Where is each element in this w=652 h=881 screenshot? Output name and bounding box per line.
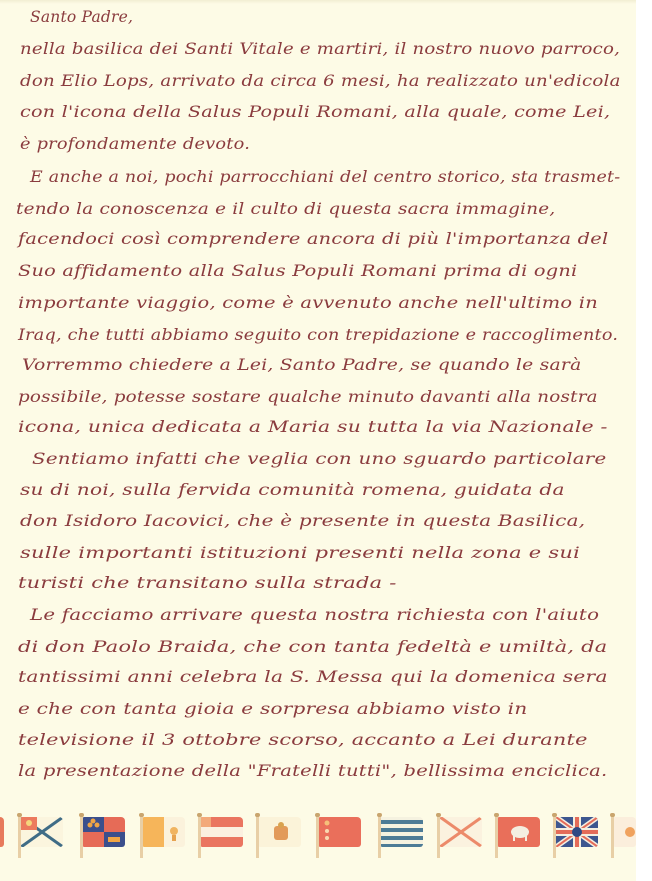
letter-page: Santo Padre, — [0, 0, 636, 881]
flags-border — [0, 810, 636, 860]
letter-line: Le facciamo arrivare questa nostra richi… — [30, 606, 599, 624]
letter-line: turisti che transitano sulla strada - — [18, 574, 397, 592]
letter-line: Iraq, che tutti abbiamo seguito con trep… — [18, 326, 618, 344]
letter-line: tantissimi anni celebra la S. Messa qui … — [18, 668, 608, 686]
letter-line: nella basilica dei Santi Vitale e martir… — [20, 40, 620, 58]
letter-line: Vorremmo chiedere a Lei, Santo Padre, se… — [22, 356, 581, 374]
coat-of-arms-flag-icon — [256, 814, 304, 860]
letter-line: importante viaggio, come è avvenuto anch… — [18, 294, 598, 312]
letter-line: su di noi, sulla fervida comunità romena… — [20, 481, 565, 499]
letter-line: con l'icona della Salus Populi Romani, a… — [20, 103, 610, 121]
letter-line: E anche a noi, pochi parrocchiani del ce… — [30, 168, 620, 186]
letter-line: la presentazione della "Fratelli tutti",… — [18, 762, 608, 780]
letter-salutation: Santo Padre, — [30, 8, 133, 26]
elephant-flag-icon — [495, 814, 543, 860]
papal-flag-icon — [140, 814, 188, 860]
letter-line: don Elio Lops, arrivato da circa 6 mesi,… — [20, 72, 621, 90]
letter-line: facendoci così comprendere ancora di più… — [18, 230, 608, 248]
sun-emblem-flag-icon — [611, 814, 652, 860]
letter-line: Sentiamo infatti che veglia con uno sgua… — [32, 450, 606, 468]
letter-line: è profondamente devoto. — [20, 135, 250, 153]
white-flag-blue-saltire-icon — [18, 814, 66, 860]
letter-line: possibile, potesse sostare qualche minut… — [18, 388, 598, 406]
letter-line: don Isidoro Iacovici, che è presente in … — [20, 512, 585, 530]
blue-white-striped-flag-icon — [378, 814, 426, 860]
letter-line: tendo la conoscenza e il culto di questa… — [16, 200, 555, 218]
letter-line: e che con tanta gioia e sorpresa abbiamo… — [18, 700, 527, 718]
letter-line: sulle importanti istituzioni presenti ne… — [20, 544, 580, 562]
red-white-red-flag-icon — [198, 814, 246, 860]
quartered-royal-flag-icon — [80, 814, 128, 860]
letter-line: icona, unica dedicata a Maria su tutta l… — [18, 418, 608, 436]
letter-line: televisione il 3 ottobre scorso, accanto… — [18, 731, 588, 749]
union-jack-flag-icon — [553, 814, 601, 860]
letter-line: di don Paolo Braida, che con tanta fedel… — [18, 638, 607, 656]
red-crown-flag-icon — [316, 814, 364, 860]
white-flag-red-saltire-icon — [437, 814, 485, 860]
letter-line: Suo affidamento alla Salus Populi Romani… — [18, 262, 577, 280]
